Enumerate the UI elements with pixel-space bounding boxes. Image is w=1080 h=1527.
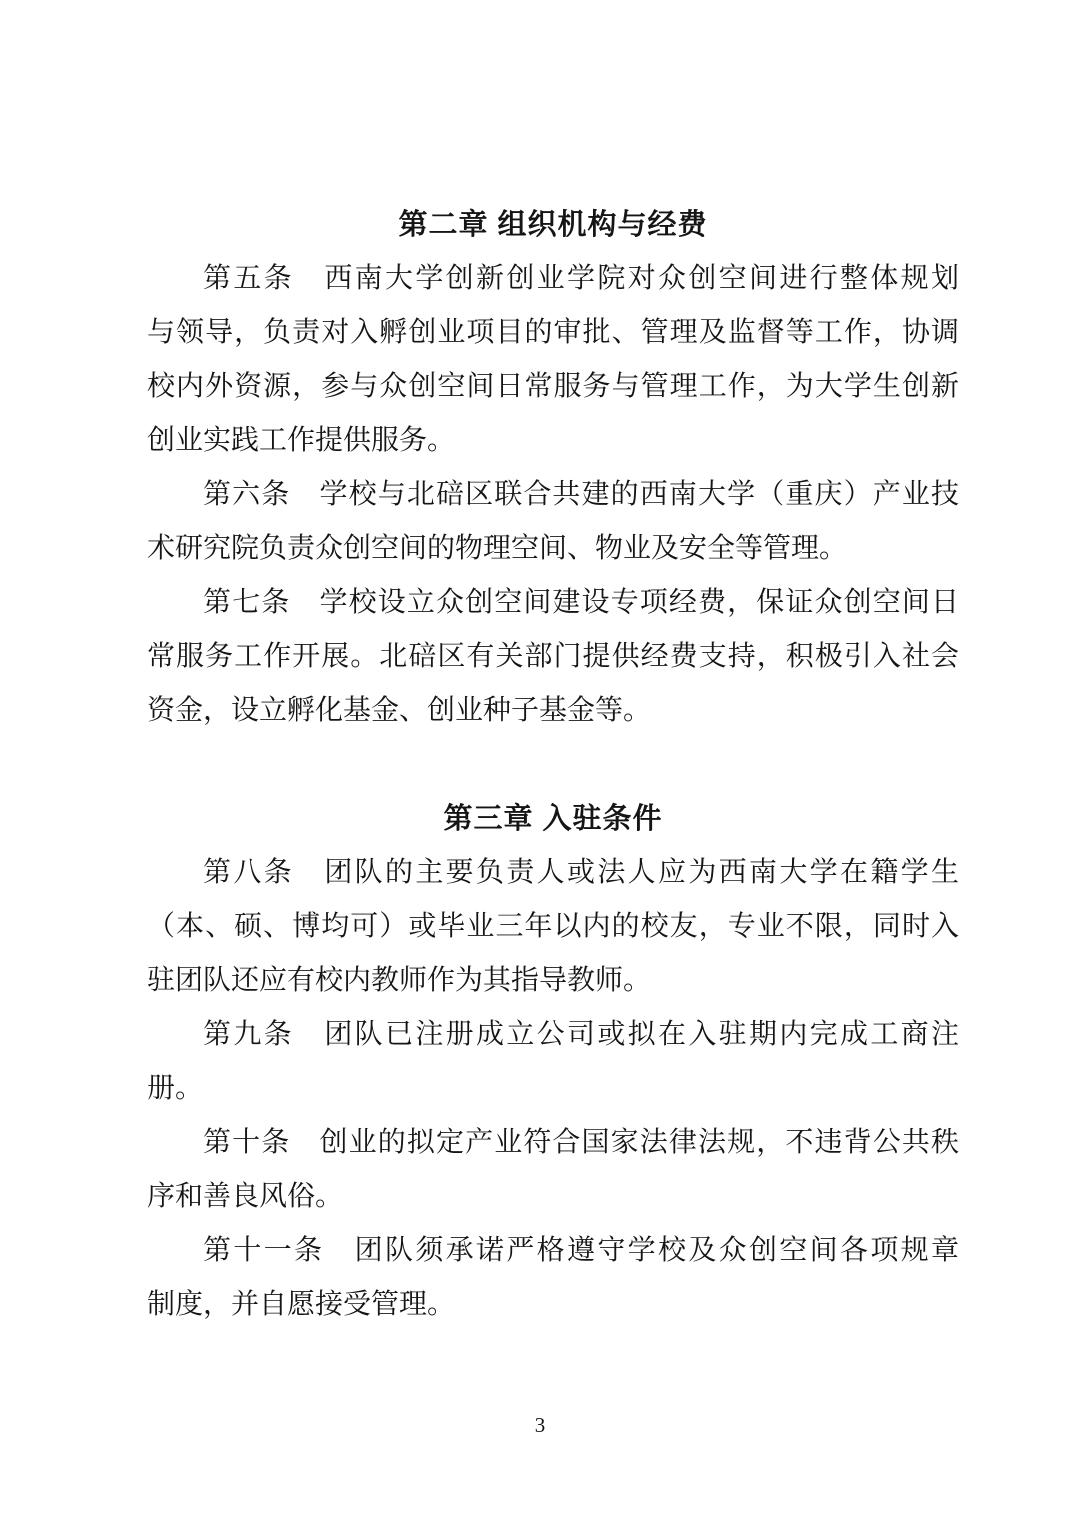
- text-line: 第九条 团队已注册成立公司或拟在入驻期内完成工商注: [147, 1008, 959, 1062]
- article-paragraph: 第六条 学校与北碚区联合共建的西南大学（重庆）产业技 术研究院负责众创空间的物理…: [147, 468, 959, 576]
- text-line: 序和善良风俗。: [147, 1170, 959, 1224]
- text-line: 第五条 西南大学创新创业学院对众创空间进行整体规划: [147, 252, 959, 306]
- article-paragraph: 第十一条 团队须承诺严格遵守学校及众创空间各项规章 制度，并自愿接受管理。: [147, 1224, 959, 1332]
- text-line: 制度，并自愿接受管理。: [147, 1278, 959, 1332]
- text-line: 与领导，负责对入孵创业项目的审批、管理及监督等工作，协调: [147, 306, 959, 360]
- text-line: 第八条 团队的主要负责人或法人应为西南大学在籍学生: [147, 846, 959, 900]
- chapter-heading: 第三章 入驻条件: [147, 792, 959, 846]
- text-line: 册。: [147, 1062, 959, 1116]
- blank-line: [147, 738, 959, 792]
- text-line: 驻团队还应有校内教师作为其指导教师。: [147, 954, 959, 1008]
- text-line: 第十条 创业的拟定产业符合国家法律法规，不违背公共秩: [147, 1116, 959, 1170]
- text-line: 第六条 学校与北碚区联合共建的西南大学（重庆）产业技: [147, 468, 959, 522]
- article-paragraph: 第七条 学校设立众创空间建设专项经费，保证众创空间日 常服务工作开展。北碚区有关…: [147, 576, 959, 738]
- article-paragraph: 第五条 西南大学创新创业学院对众创空间进行整体规划 与领导，负责对入孵创业项目的…: [147, 252, 959, 468]
- text-line: 资金，设立孵化基金、创业种子基金等。: [147, 684, 959, 738]
- document-page-body: 第二章 组织机构与经费 第五条 西南大学创新创业学院对众创空间进行整体规划 与领…: [147, 198, 959, 1332]
- text-line: 校内外资源，参与众创空间日常服务与管理工作，为大学生创新: [147, 360, 959, 414]
- page-number: 3: [0, 1410, 1080, 1440]
- article-paragraph: 第八条 团队的主要负责人或法人应为西南大学在籍学生 （本、硕、博均可）或毕业三年…: [147, 846, 959, 1008]
- text-line: 术研究院负责众创空间的物理空间、物业及安全等管理。: [147, 522, 959, 576]
- article-paragraph: 第十条 创业的拟定产业符合国家法律法规，不违背公共秩 序和善良风俗。: [147, 1116, 959, 1224]
- article-paragraph: 第九条 团队已注册成立公司或拟在入驻期内完成工商注 册。: [147, 1008, 959, 1116]
- text-line: （本、硕、博均可）或毕业三年以内的校友，专业不限，同时入: [147, 900, 959, 954]
- text-line: 第七条 学校设立众创空间建设专项经费，保证众创空间日: [147, 576, 959, 630]
- chapter-heading: 第二章 组织机构与经费: [147, 198, 959, 252]
- text-line: 第十一条 团队须承诺严格遵守学校及众创空间各项规章: [147, 1224, 959, 1278]
- text-line: 常服务工作开展。北碚区有关部门提供经费支持，积极引入社会: [147, 630, 959, 684]
- text-line: 创业实践工作提供服务。: [147, 414, 959, 468]
